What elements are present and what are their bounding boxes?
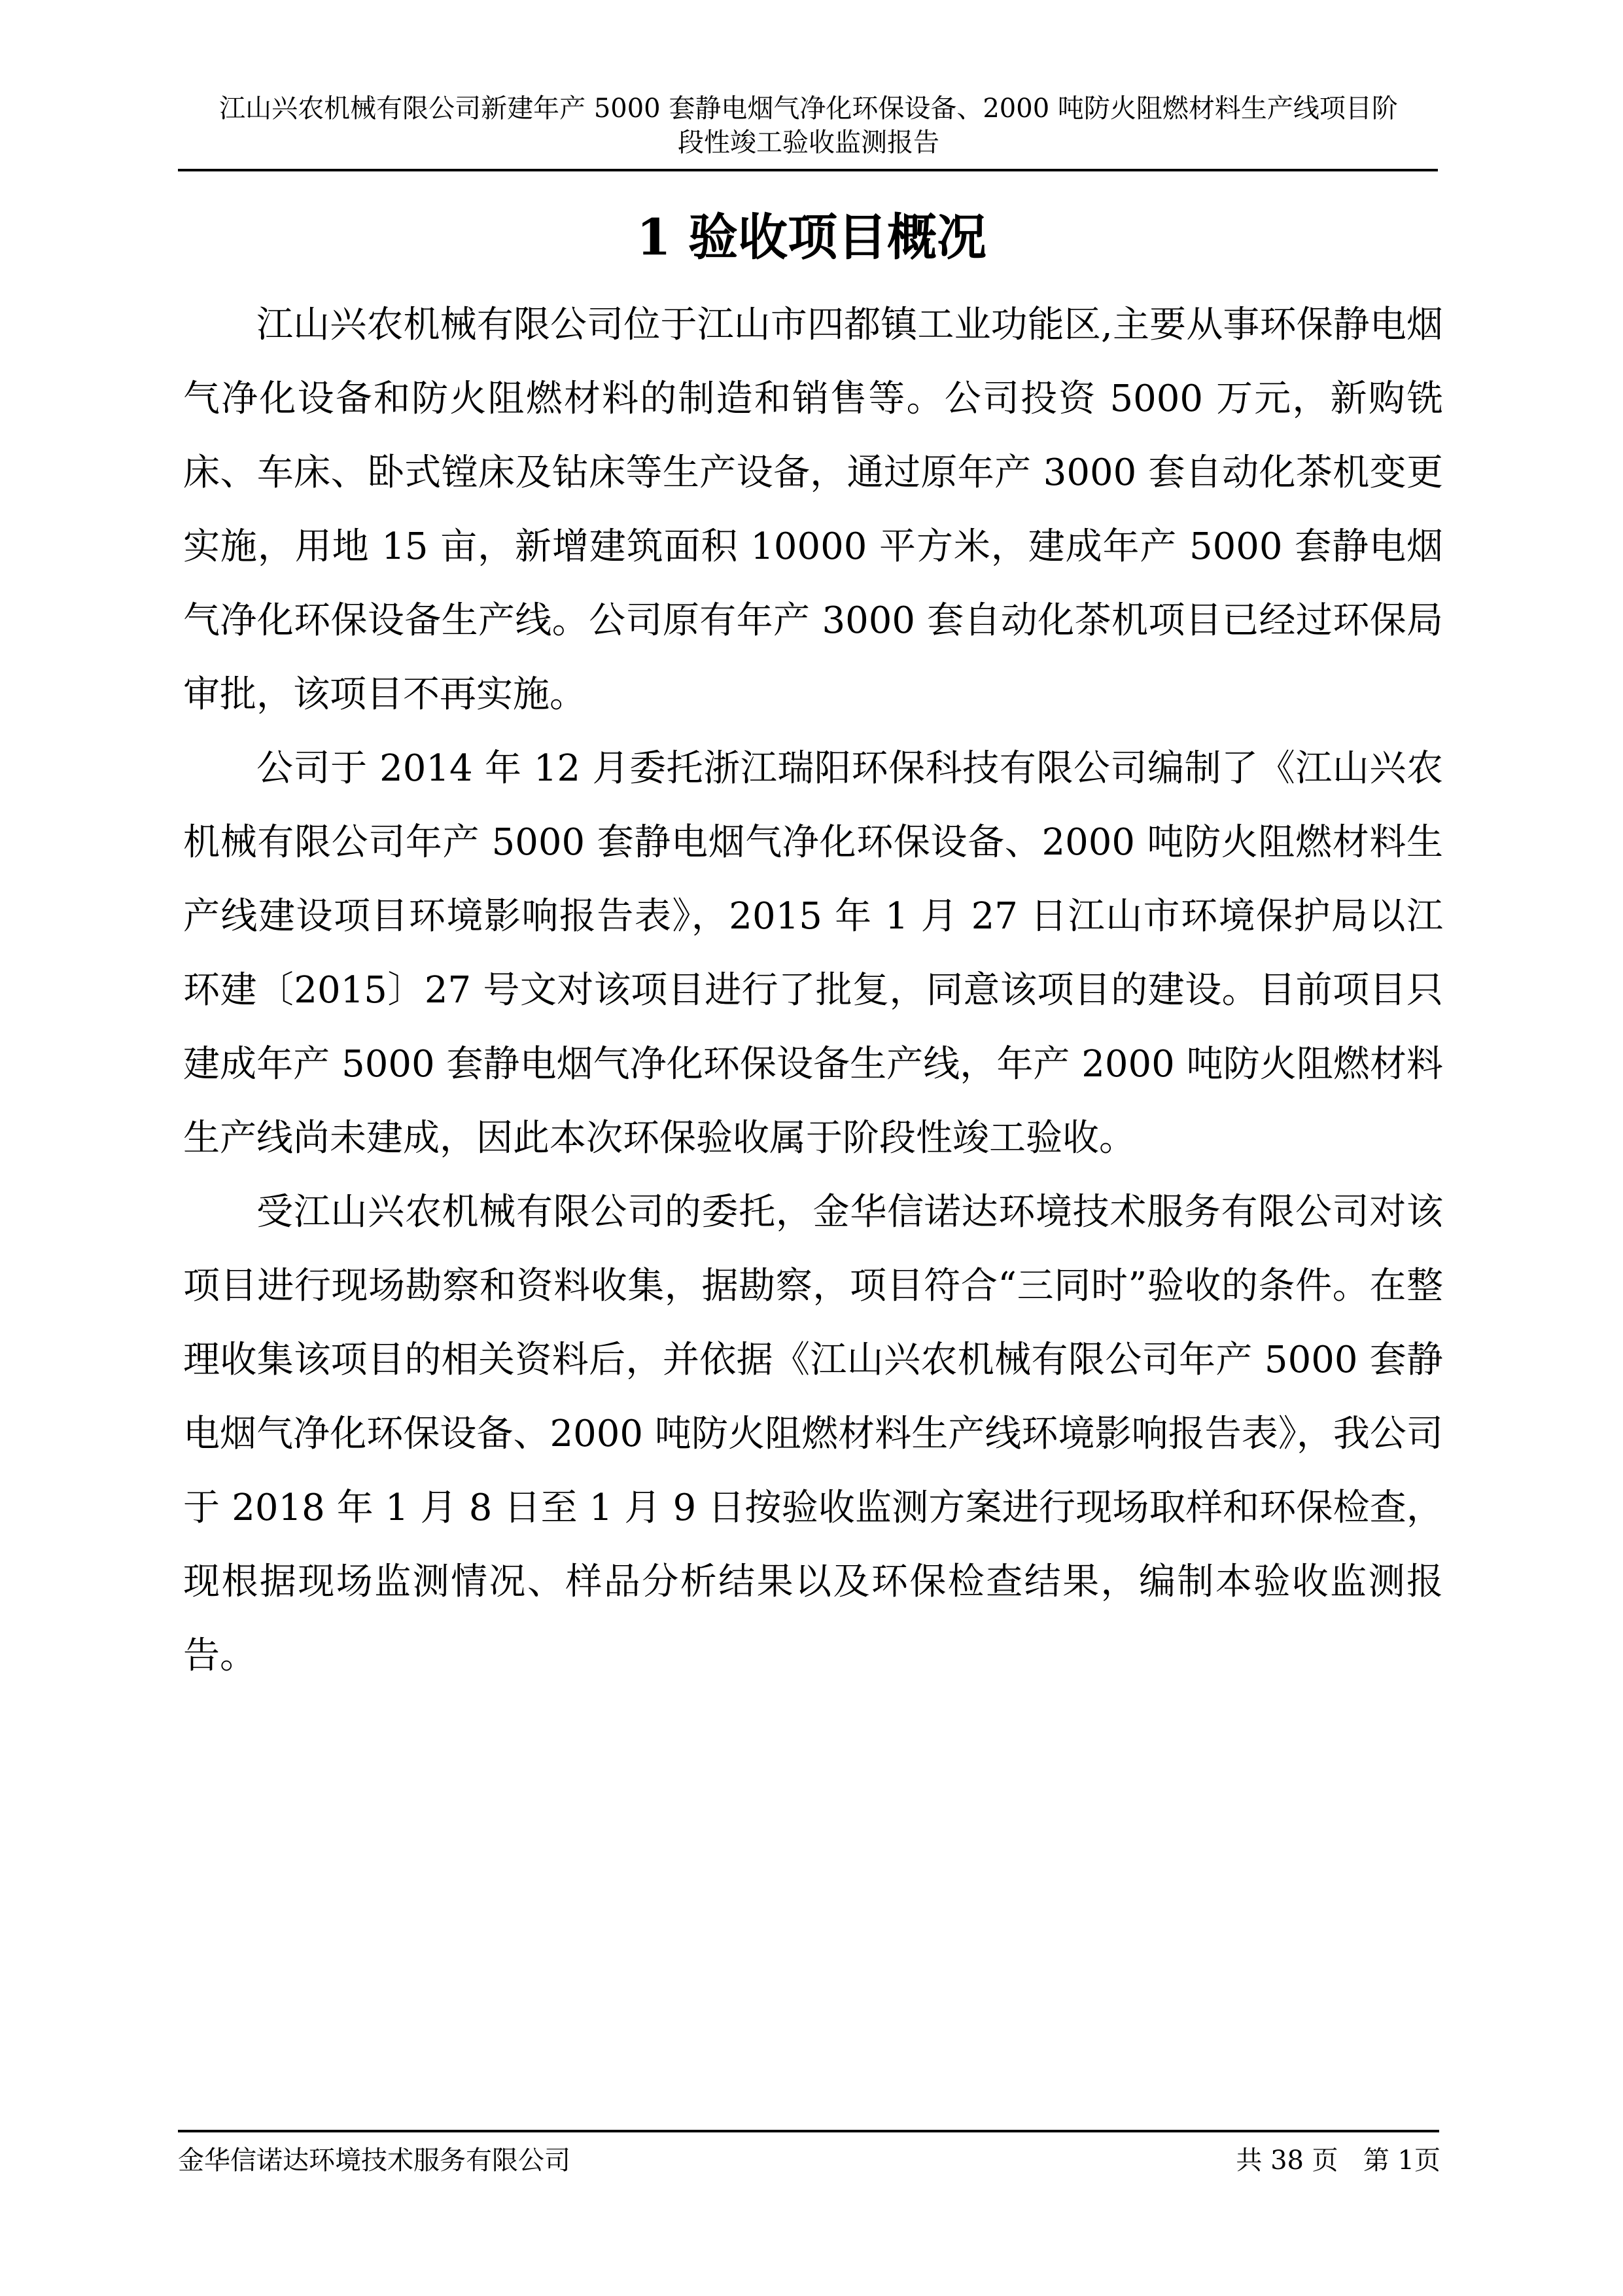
footer-company: 金华信诺达环境技术服务有限公司 — [178, 2144, 570, 2178]
section-title: 1 验收项目概况 — [0, 202, 1623, 274]
header-line-1: 江山兴农机械有限公司新建年产 5000 套静电烟气净化环保设备、2000 吨防火… — [178, 92, 1439, 126]
paragraph-2: 公司于 2014 年 12 月委托浙江瑞阳环保科技有限公司编制了《江山兴农机械有… — [183, 732, 1443, 1175]
footer-divider — [178, 2130, 1439, 2132]
page-footer: 金华信诺达环境技术服务有限公司 共 38 页 第 1页 — [178, 2144, 1440, 2178]
paragraph-1: 江山兴农机械有限公司位于江山市四都镇工业功能区,主要从事环保静电烟气净化设备和防… — [183, 288, 1443, 732]
body-text: 江山兴农机械有限公司位于江山市四都镇工业功能区,主要从事环保静电烟气净化设备和防… — [183, 288, 1443, 1693]
paragraph-3: 受江山兴农机械有限公司的委托，金华信诺达环境技术服务有限公司对该项目进行现场勘察… — [183, 1175, 1443, 1693]
footer-page-info: 共 38 页 第 1页 — [1236, 2144, 1440, 2178]
page-header: 江山兴农机械有限公司新建年产 5000 套静电烟气净化环保设备、2000 吨防火… — [178, 92, 1439, 160]
header-divider — [178, 169, 1438, 171]
header-line-2: 段性竣工验收监测报告 — [178, 126, 1439, 160]
